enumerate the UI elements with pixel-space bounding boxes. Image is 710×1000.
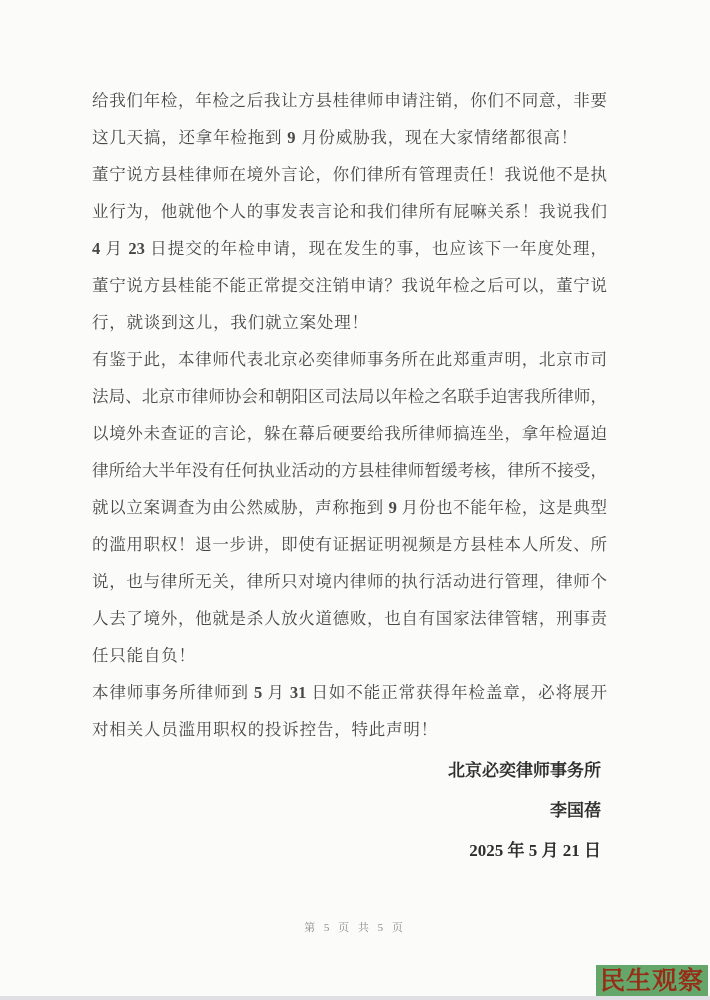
text-line: 董宁说方县桂能不能正常提交注销申请？我说年检之后可以，董宁说: [92, 267, 607, 304]
text-line: 4 月 23 日提交的年检申请，现在发生的事，也应该下一年度处理，: [92, 230, 607, 267]
signature-name: 李国蓓: [92, 791, 601, 831]
text-line: 律所给大半年没有任何执业活动的方县桂律师暂缓考核，律所不接受，: [92, 452, 607, 489]
signature-block: 北京必奕律师事务所 李国蓓 2025 年 5 月 21 日: [92, 751, 607, 871]
text-line: 业行为，他就他个人的事发表言论和我们律所有屁嘛关系！我说我们: [92, 193, 607, 230]
text-line: 有鉴于此，本律师代表北京必奕律师事务所在此郑重声明，北京市司: [92, 341, 607, 378]
text-line: 董宁说方县桂律师在境外言论，你们律所有管理责任！我说他不是执: [92, 156, 607, 193]
text-line: 以境外未查证的言论，躲在幕后硬要给我所律师搞连坐，拿年检逼迫: [92, 415, 607, 452]
text-line: 说，也与律所无关，律所只对境内律师的执行活动进行管理，律师个: [92, 563, 607, 600]
signature-firm: 北京必奕律师事务所: [92, 751, 601, 791]
signature-date: 2025 年 5 月 21 日: [92, 831, 601, 871]
document-page: 给我们年检，年检之后我让方县桂律师申请注销，你们不同意，非要 这几天搞，还拿年检…: [0, 0, 710, 1000]
page-number: 第 5 页 共 5 页: [0, 919, 710, 935]
text-line: 的滥用职权！退一步讲，即使有证据证明视频是方县桂本人所发、所: [92, 526, 607, 563]
text-line: 任只能自负！: [92, 637, 607, 674]
text-line: 行，就谈到这儿，我们就立案处理！: [92, 304, 607, 341]
text-line: 法局、北京市律师协会和朝阳区司法局以年检之名联手迫害我所律师，: [92, 378, 607, 415]
text-line: 这几天搞，还拿年检拖到 9 月份威胁我，现在大家情绪都很高！: [92, 119, 607, 156]
text-line: 本律师事务所律师到 5 月 31 日如不能正常获得年检盖章，必将展开: [92, 674, 607, 711]
watermark-stamp: 民生观察: [596, 965, 708, 999]
page-bottom-edge: [0, 996, 710, 1000]
text-line: 人去了境外，他就是杀人放火道德败，也自有国家法律管辖，刑事责: [92, 600, 607, 637]
text-line: 给我们年检，年检之后我让方县桂律师申请注销，你们不同意，非要: [92, 82, 607, 119]
document-body: 给我们年检，年检之后我让方县桂律师申请注销，你们不同意，非要 这几天搞，还拿年检…: [92, 82, 607, 871]
text-line: 就以立案调查为由公然威胁，声称拖到 9 月份也不能年检，这是典型: [92, 489, 607, 526]
text-line: 对相关人员滥用职权的投诉控告，特此声明！: [92, 711, 607, 748]
